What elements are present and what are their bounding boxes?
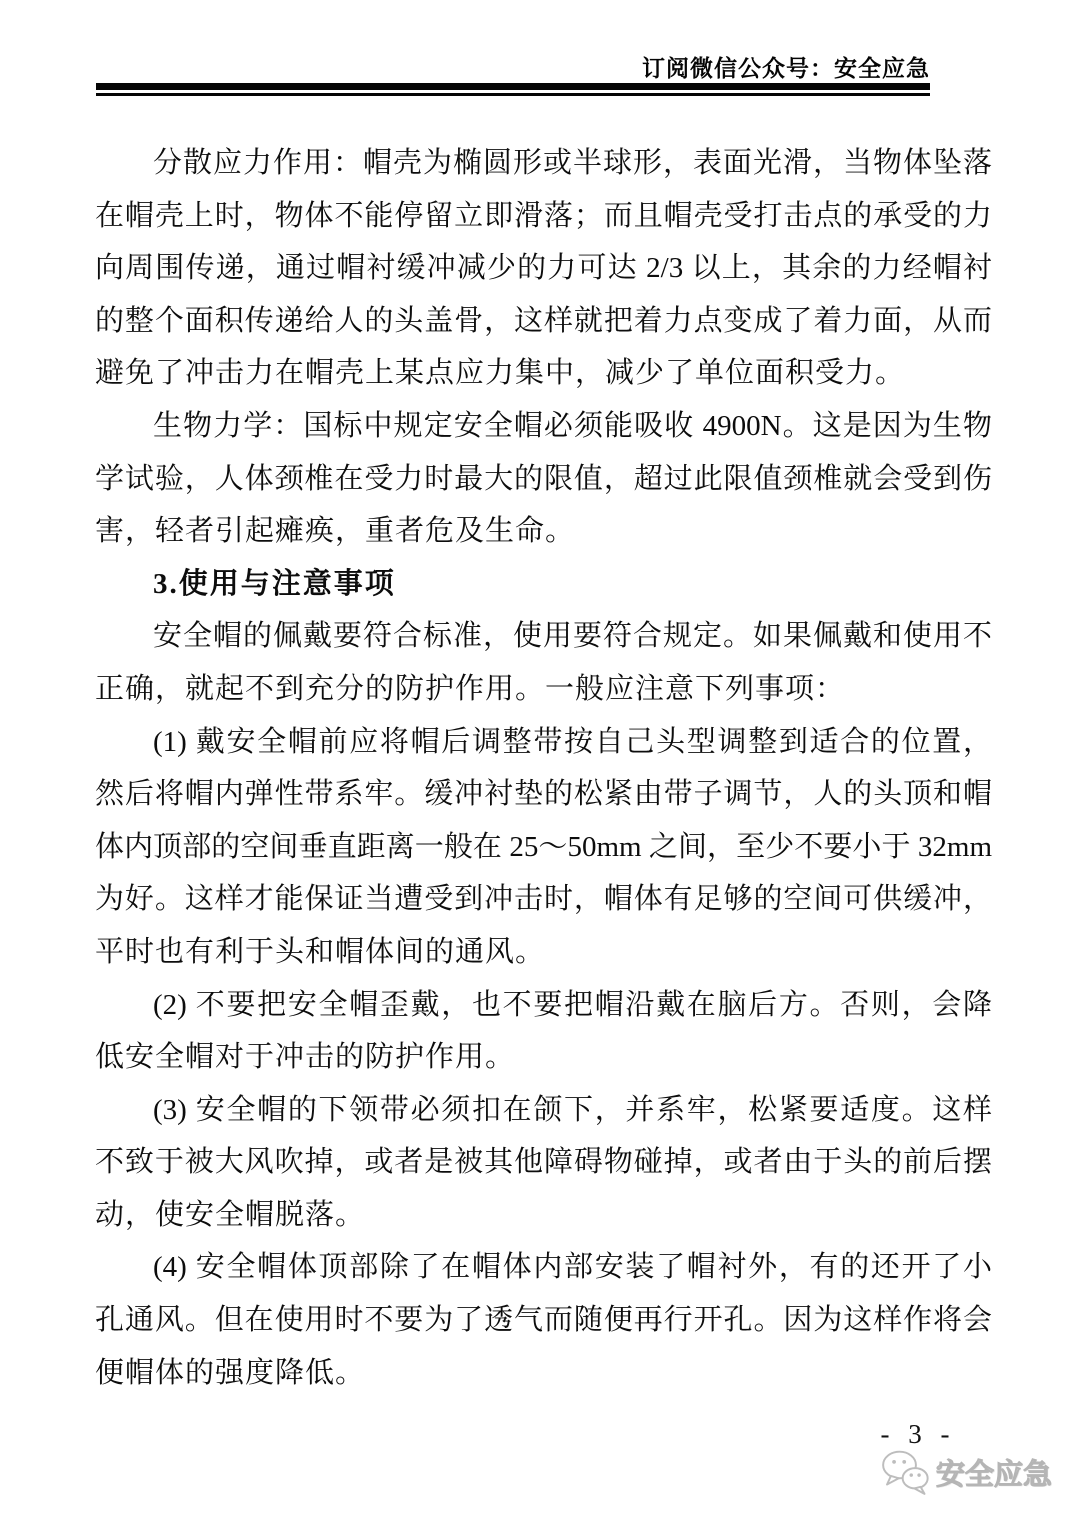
paragraph-line: (4) 安全帽体顶部除了在帽体内部安装了帽衬外，有的还开了小 (95, 1241, 992, 1294)
paragraph-line: 分散应力作用：帽壳为椭圆形或半球形，表面光滑，当物体坠落 (95, 137, 992, 190)
document-body: 分散应力作用：帽壳为椭圆形或半球形，表面光滑，当物体坠落 在帽壳上时，物体不能停… (95, 137, 992, 1399)
paragraph-line: 安全帽的佩戴要符合标准，使用要符合规定。如果佩戴和使用不 (95, 610, 992, 663)
paragraph-line: 然后将帽内弹性带系牢。缓冲衬垫的松紧由带子调节，人的头顶和帽 (95, 768, 992, 821)
paragraph-line: 正确，就起不到充分的防护作用。一般应注意下列事项： (95, 663, 992, 716)
watermark: 安全应急 (880, 1448, 1052, 1496)
paragraph-line: 在帽壳上时，物体不能停留立即滑落；而且帽壳受打击点的承受的力 (95, 190, 992, 243)
paragraph-line: 孔通风。但在使用时不要为了透气而随便再行开孔。因为这样作将会 (95, 1294, 992, 1347)
paragraph-line: 不致于被大风吹掉，或者是被其他障碍物碰掉，或者由于头的前后摆 (95, 1136, 992, 1189)
paragraph-line: 避免了冲击力在帽壳上某点应力集中，减少了单位面积受力。 (95, 347, 992, 400)
paragraph-line: 平时也有利于头和帽体间的通风。 (95, 926, 992, 979)
paragraph-line: 生物力学：国标中规定安全帽必须能吸收 4900N。这是因为生物 (95, 400, 992, 453)
paragraph-line: 体内顶部的空间垂直距离一般在 25～50mm 之间，至少不要小于 32mm (95, 821, 992, 874)
paragraph-line: (3) 安全帽的下领带必须扣在颌下，并系牢，松紧要适度。这样 (95, 1084, 992, 1137)
paragraph-line: 动，使安全帽脱落。 (95, 1189, 992, 1242)
header-subscribe-text: 订阅微信公众号：安全应急 (642, 52, 930, 84)
paragraph-line: 便帽体的强度降低。 (95, 1347, 992, 1400)
paragraph-line: 害，轻者引起瘫痪，重者危及生命。 (95, 505, 992, 558)
wechat-icon (880, 1448, 930, 1496)
paragraph-line: (1) 戴安全帽前应将帽后调整带按自己头型调整到适合的位置， (95, 716, 992, 769)
paragraph-line: 向周围传递，通过帽衬缓冲减少的力可达 2/3 以上，其余的力经帽衬 (95, 242, 992, 295)
paragraph-line: 的整个面积传递给人的头盖骨，这样就把着力点变成了着力面，从而 (95, 295, 992, 348)
paragraph-line: (2) 不要把安全帽歪戴，也不要把帽沿戴在脑后方。否则，会降 (95, 979, 992, 1032)
section-heading: 3.使用与注意事项 (95, 558, 992, 611)
paragraph-line: 低安全帽对于冲击的防护作用。 (95, 1031, 992, 1084)
header-rule (96, 83, 930, 96)
paragraph-line: 为好。这样才能保证当遭受到冲击时，帽体有足够的空间可供缓冲， (95, 873, 992, 926)
watermark-text: 安全应急 (936, 1452, 1052, 1493)
document-page: 订阅微信公众号：安全应急 分散应力作用：帽壳为椭圆形或半球形，表面光滑，当物体坠… (0, 0, 1080, 1527)
paragraph-line: 学试验，人体颈椎在受力时最大的限值，超过此限值颈椎就会受到伤 (95, 453, 992, 506)
page-number: - 3 - (876, 1418, 960, 1450)
